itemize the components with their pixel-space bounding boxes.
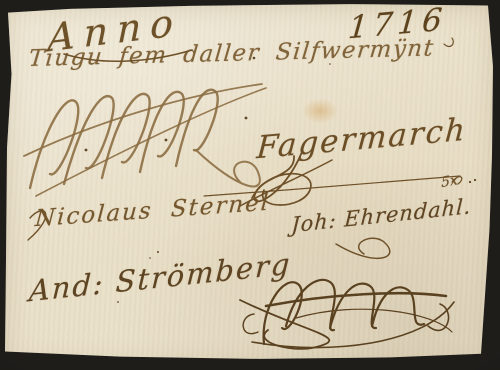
inscription-signature-stromberg: And: Strömberg (28, 246, 292, 308)
flourish-stromberg-tail (240, 300, 329, 349)
flourish-ehrendahl-tail (336, 238, 390, 258)
photo-background: Anno 1716 Tiugu fem daller Silfwermÿnt F… (0, 0, 500, 370)
inscription-name-ehrendahl: Joh: Ehrendahl. (291, 194, 472, 237)
flourish-signature-bottom-right (243, 280, 454, 348)
inscription-rate-mark: 5x (441, 172, 458, 191)
inscription-addressee: Fagermarch (255, 112, 468, 167)
flourish-large-script (24, 84, 266, 196)
letter-paper: Anno 1716 Tiugu fem daller Silfwermÿnt F… (0, 0, 500, 370)
inscription-name-nicolaus-sternel: Nicolaus Sternel (34, 190, 271, 233)
